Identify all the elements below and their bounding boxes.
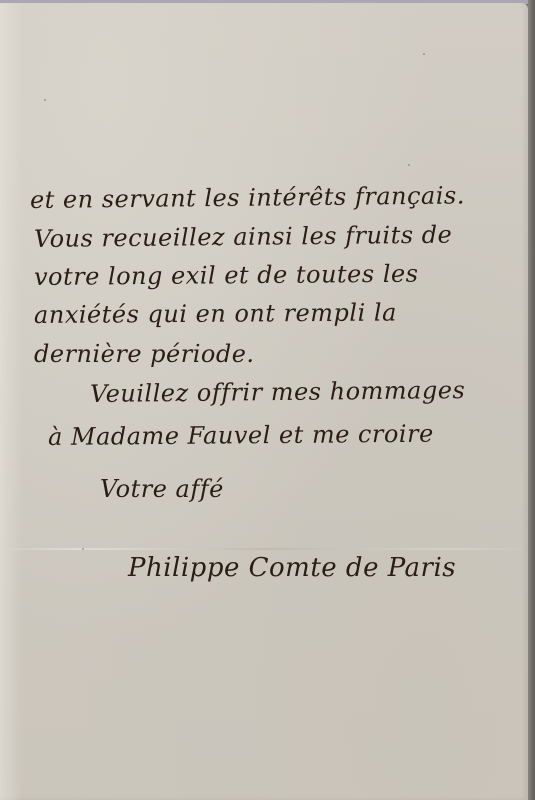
letter-page: et en servant les intérêts français. Vou…: [0, 3, 528, 800]
signature: Philippe Comte de Paris: [128, 553, 456, 583]
paper-speck: [408, 164, 410, 166]
letter-line-2: Vous recueillez ainsi les fruits de: [34, 221, 453, 253]
paper-speck: [82, 548, 84, 550]
paper-fold-line: [0, 548, 528, 550]
letter-line-1: et en servant les intérêts français.: [30, 181, 465, 214]
letter-line-5: dernière période.: [34, 340, 255, 368]
page-light-edge: [0, 3, 22, 800]
letter-line-3: votre long exil et de toutes les: [34, 260, 419, 291]
background-right-edge: [528, 0, 535, 800]
paper-speck: [423, 53, 425, 55]
letter-line-4: anxiétés qui en ont rempli la: [34, 298, 397, 329]
letter-line-7: à Madame Fauvel et me croire: [48, 420, 434, 451]
letter-closing: Votre affé: [100, 475, 224, 503]
letter-line-6: Veuillez offrir mes hommages: [90, 376, 466, 408]
paper-speck: [44, 99, 46, 101]
